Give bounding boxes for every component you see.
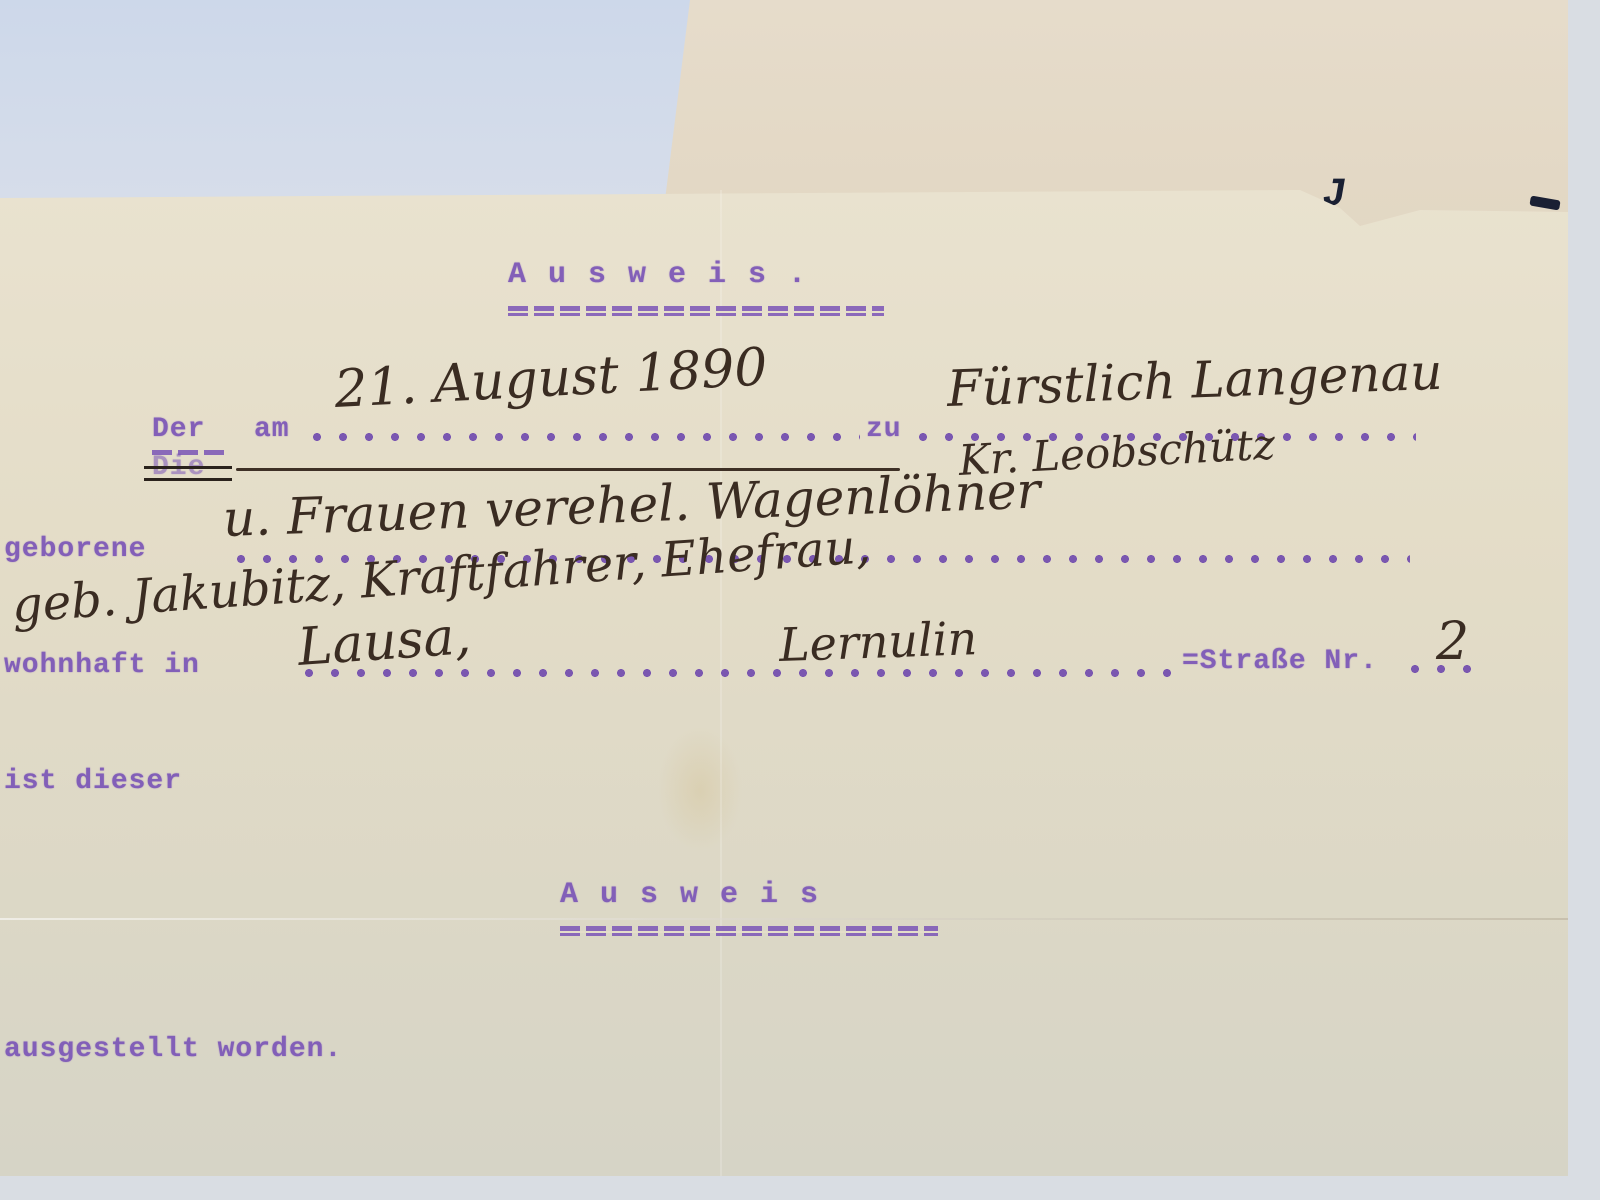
strasse-label: =Straße Nr. <box>1182 646 1378 677</box>
der-label: Der <box>152 414 205 445</box>
ausgestellt-text: ausgestellt worden. <box>4 1034 342 1065</box>
handwritten-house-number: 2 <box>1436 612 1469 672</box>
die-strike-2 <box>144 478 232 481</box>
ausweis-document <box>0 190 1568 1176</box>
date-dots <box>312 432 860 442</box>
zu-label: zu <box>866 414 902 445</box>
vertical-fold <box>720 190 722 1176</box>
die-strike-1 <box>144 466 232 469</box>
horizontal-fold <box>0 918 1568 920</box>
wohnhaft-label: wohnhaft in <box>4 650 200 681</box>
subtitle-underline <box>560 926 938 936</box>
document-subtitle: Ausweis <box>560 878 840 912</box>
wohnhaft-dots <box>304 668 1184 678</box>
geborene-label: geborene <box>4 534 146 565</box>
background-surface <box>0 0 700 200</box>
document-title: Ausweis. <box>508 258 828 292</box>
title-underline <box>508 306 884 316</box>
am-label: am <box>254 414 290 445</box>
handwritten-city: Lausa, <box>296 606 473 678</box>
ist-dieser-text: ist dieser <box>4 766 182 797</box>
handwritten-street: Lernulin <box>778 611 978 672</box>
